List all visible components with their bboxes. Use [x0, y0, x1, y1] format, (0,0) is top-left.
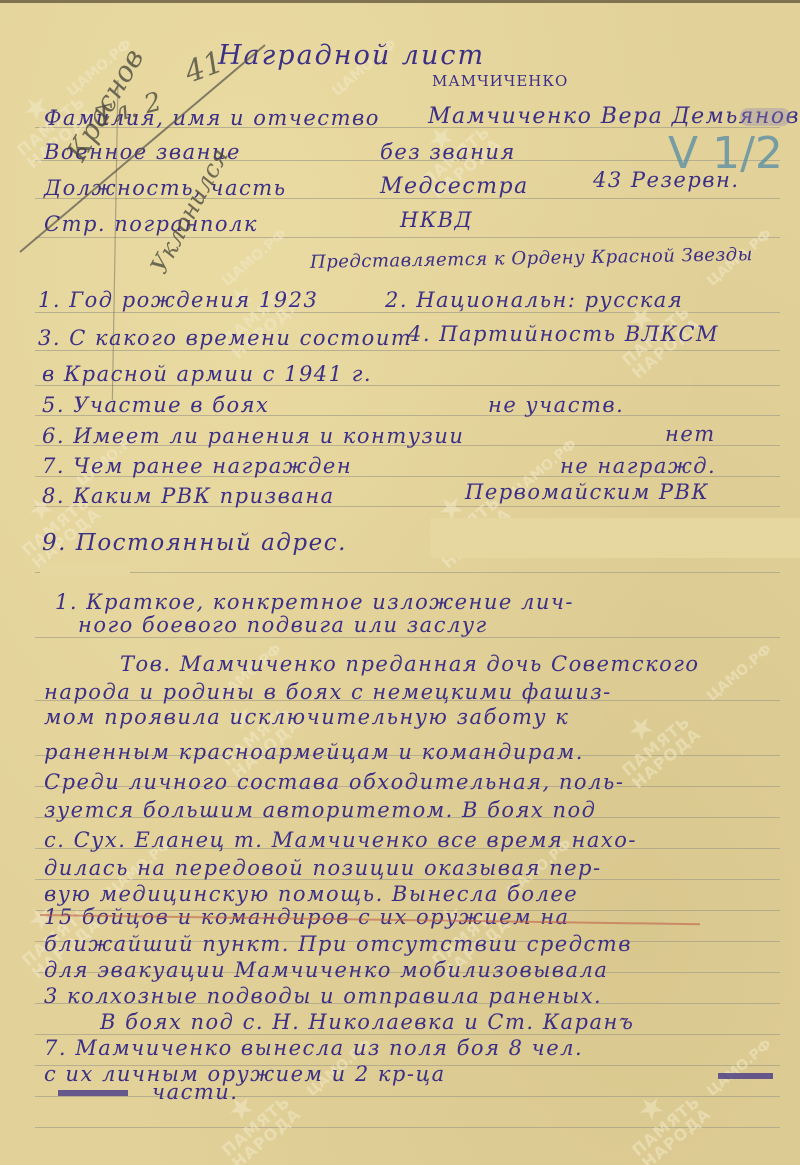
ruled-line	[35, 572, 780, 573]
body-line: для эвакуации Мамчиченко мобилизовывала	[44, 958, 608, 982]
award-sheet-paper: ★ПАМЯТЬНАРОДА ★ПАМЯТЬНАРОДА ★ПАМЯТЬНАРОД…	[0, 0, 800, 1165]
body-line: вую медицинскую помощь. Вынесла более	[44, 882, 578, 906]
body-line: мом проявила исключительную заботу к	[44, 705, 569, 729]
ruled-line	[35, 1034, 780, 1035]
body-line: зуется большим авторитетом. В боях под	[44, 798, 596, 822]
item-birth-year: 1. Год рождения 1923	[38, 288, 318, 312]
item-wounds-label: 6. Имеет ли ранения и контузии	[42, 424, 464, 448]
redacted-address-2	[40, 563, 130, 577]
item-party: 4. Партийность ВЛКСМ	[408, 322, 719, 346]
section-heading-line-1: 1. Краткое, конкретное изложение лич-	[55, 590, 574, 614]
ruled-line	[35, 637, 780, 638]
item-army-since: в Красной армии с 1941 г.	[42, 362, 372, 386]
redacted-address	[430, 518, 800, 558]
section-heading-line-2: ного боевого подвига или заслуг	[78, 613, 488, 637]
watermark-small: ЦАМО.РФ	[704, 1036, 775, 1099]
body-line: с. Сух. Еланец т. Мамчиченко все время н…	[44, 828, 637, 852]
item-wounds-value: нет	[665, 422, 716, 446]
item-address: 9. Постоянный адрес.	[42, 530, 347, 556]
item-rvk-value: Первомайским РВК	[465, 480, 709, 504]
struck-out-word	[718, 1073, 773, 1079]
body-line: 7. Мамчиченко вынесла из поля боя 8 чел.	[44, 1036, 583, 1060]
body-line: с их личным оружием и 2 кр-ца	[44, 1062, 446, 1086]
body-line: Среди личного состава обходительная, пол…	[44, 770, 624, 794]
body-line: В боях под с. Н. Николаевка и Ст. Каранъ	[100, 1010, 634, 1034]
item-battles-value: не участв.	[488, 393, 624, 417]
item-nationality: 2. Национальн: русская	[385, 288, 683, 312]
body-line: Тов. Мамчиченко преданная дочь Советског…	[120, 652, 700, 676]
item-rvk-label: 8. Каким РВК призвана	[42, 484, 335, 508]
item-awards-value: не награжд.	[560, 454, 716, 478]
item-since: 3. С какого времени состоит	[38, 326, 412, 350]
item-awards-label: 7. Чем ранее награжден	[42, 454, 352, 478]
body-line: ближайший пункт. При отсутствии средств	[44, 932, 632, 956]
struck-out-word	[58, 1090, 128, 1096]
body-line: народа и родины в боях с немецкими фашиз…	[44, 680, 612, 704]
body-line: части.	[152, 1080, 238, 1104]
body-line: дилась на передовой позиции оказывая пер…	[44, 856, 602, 880]
body-line: раненным красноармейцам и командирам.	[44, 740, 584, 764]
item-battles-label: 5. Участие в боях	[42, 393, 269, 417]
watermark-small: ЦАМО.РФ	[704, 641, 775, 704]
body-line: 3 колхозные подводы и отправила раненых.	[44, 984, 602, 1008]
watermark: ★ПАМЯТЬНАРОДА	[610, 1070, 714, 1165]
